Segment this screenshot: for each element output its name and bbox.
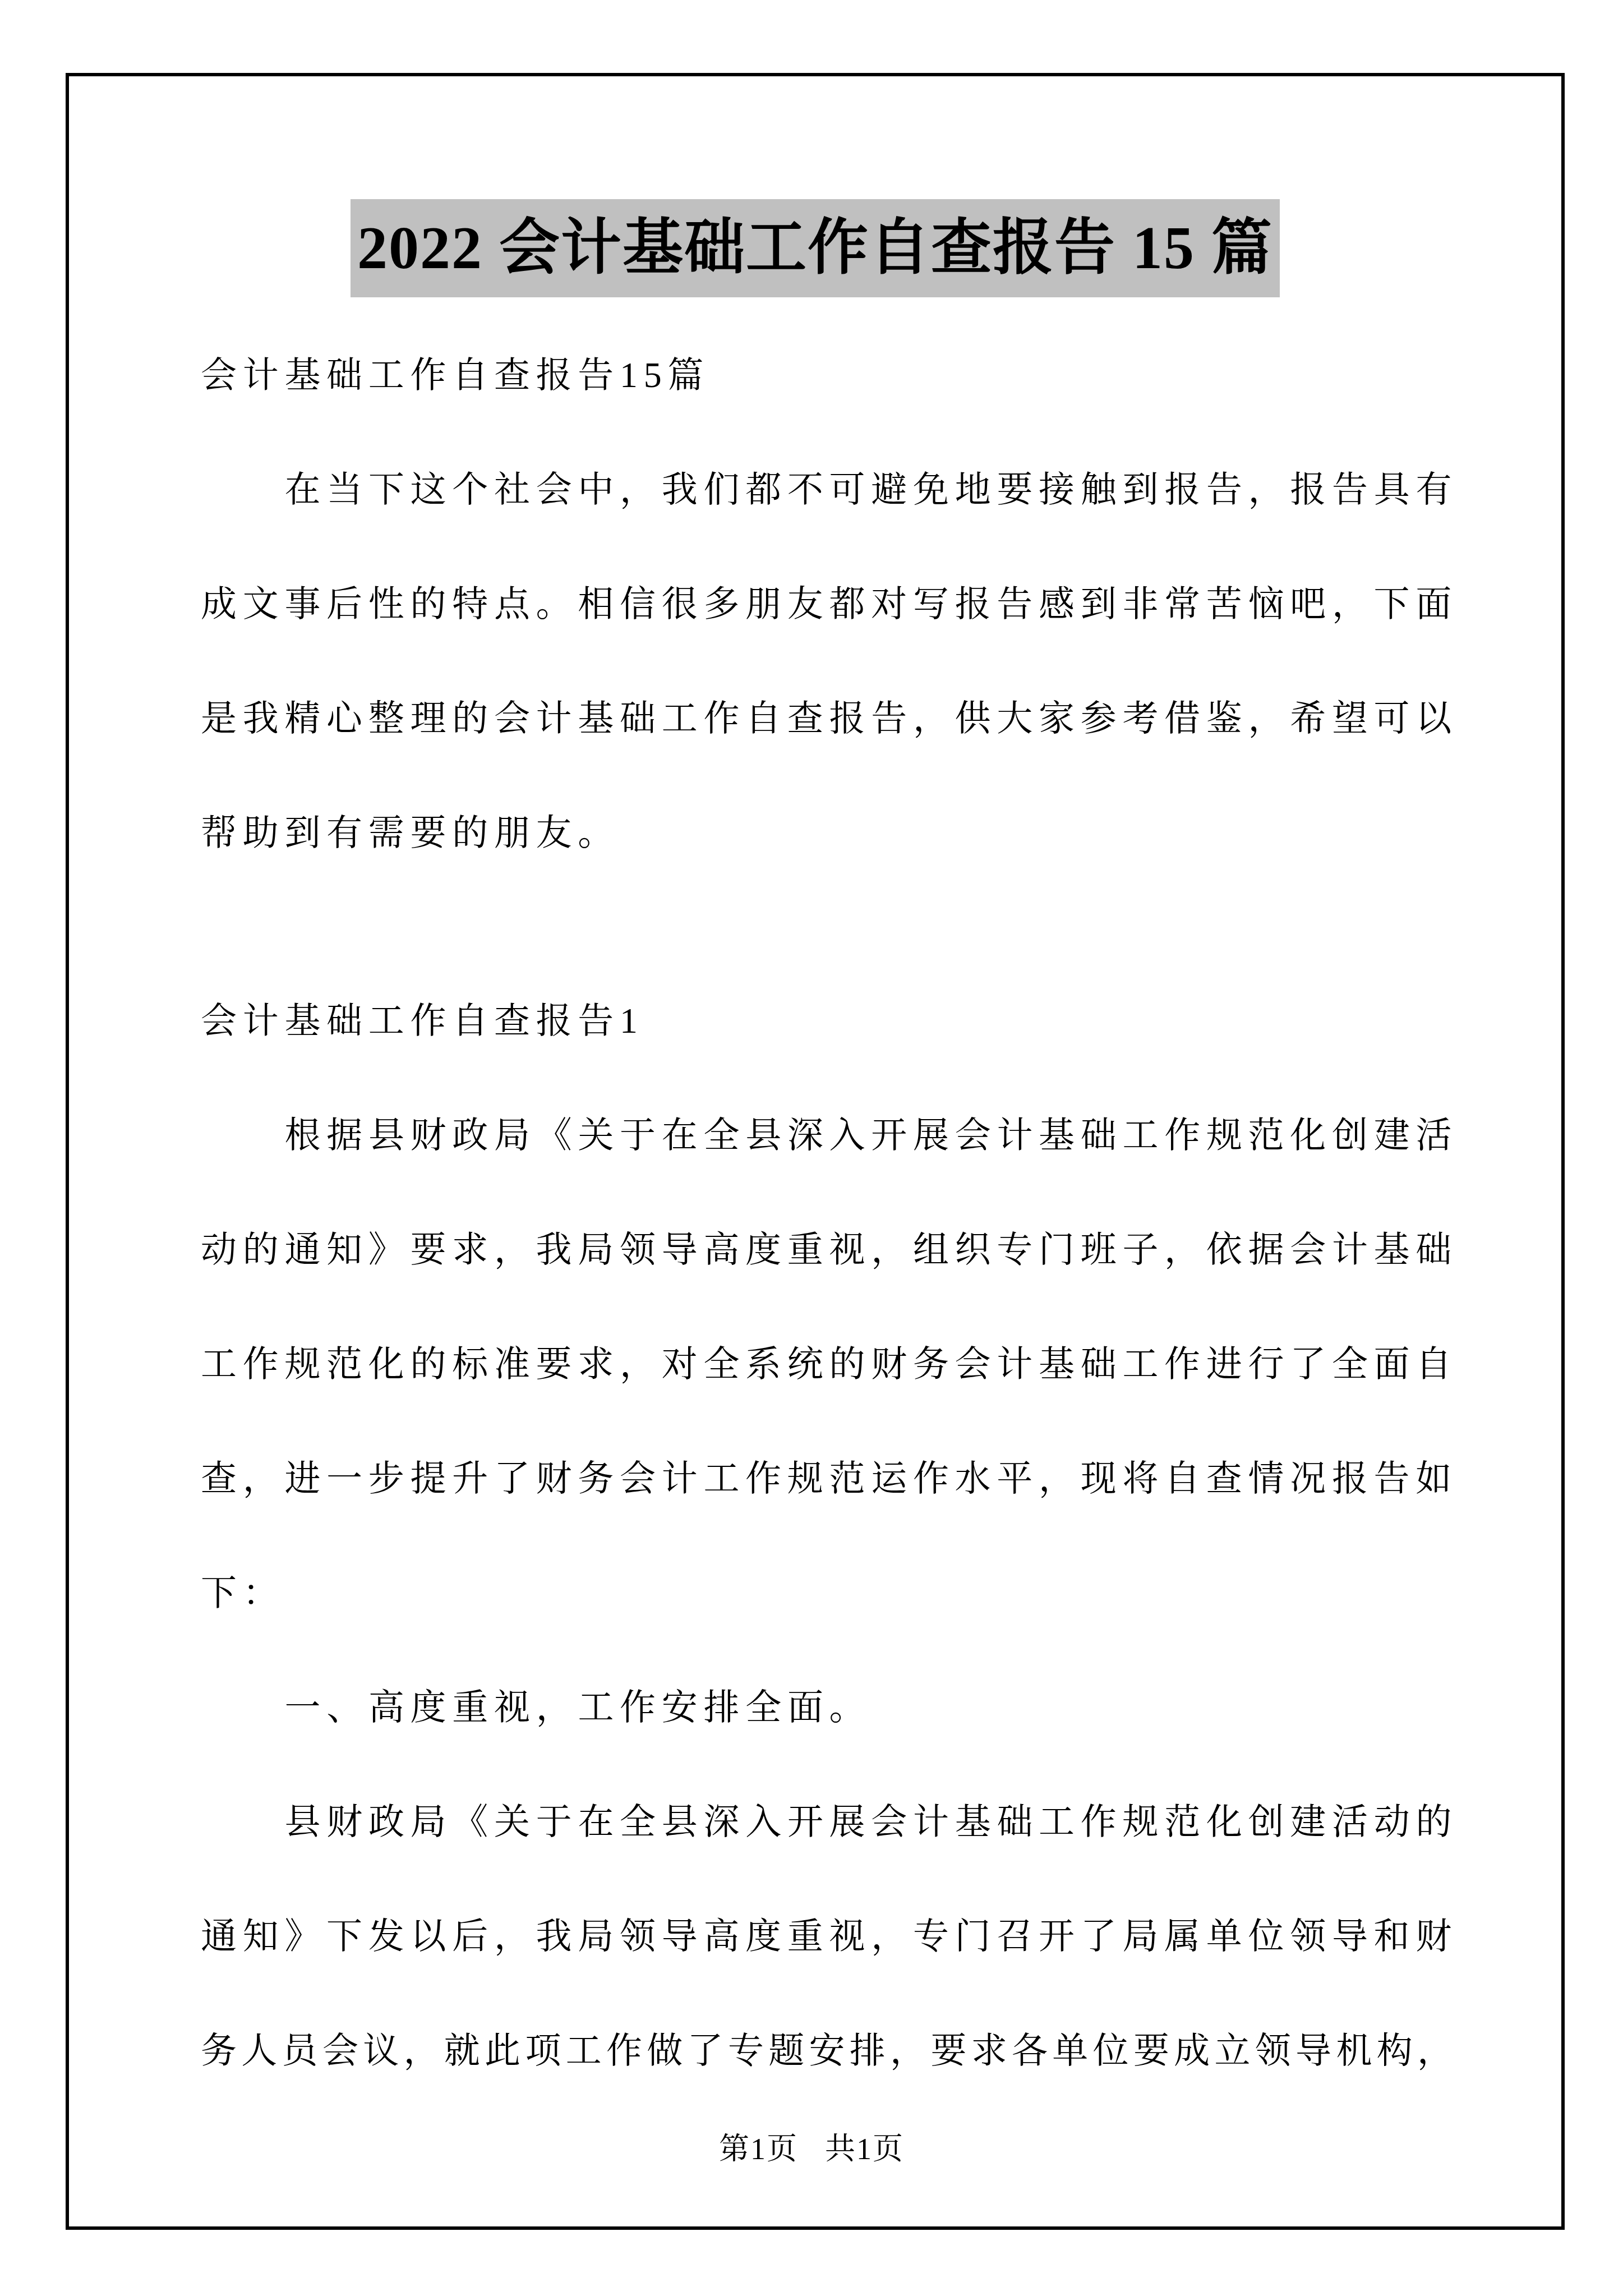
document-title: 2022 会计基础工作自查报告 15 篇 — [351, 199, 1280, 297]
text-line: 一、高度重视，工作安排全面。 — [201, 1650, 1458, 1765]
page-footer: 第1页共1页 — [0, 2125, 1623, 2168]
text-line: 务人员会议，就此项工作做了专题安排，要求各单位要成立领导机构， — [201, 1994, 1458, 2108]
text-line: 会计基础工作自查报告15篇 — [201, 318, 1458, 432]
text-line: 工作规范化的标准要求，对全系统的财务会计基础工作进行了全面自 — [201, 1307, 1458, 1421]
document-page: 2022 会计基础工作自查报告 15 篇 会计基础工作自查报告15篇在当下这个社… — [0, 0, 1623, 2296]
text-line: 会计基础工作自查报告1 — [201, 964, 1458, 1078]
text-line: 查，进一步提升了财务会计工作规范运作水平，现将自查情况报告如 — [201, 1421, 1458, 1536]
text-line: 帮助到有需要的朋友。 — [201, 776, 1458, 890]
text-line: 县财政局《关于在全县深入开展会计基础工作规范化创建活动的 — [201, 1765, 1458, 1879]
text-line: 在当下这个社会中，我们都不可避免地要接触到报告，报告具有 — [201, 432, 1458, 547]
text-line: 通知》下发以后，我局领导高度重视，专门召开了局属单位领导和财 — [201, 1879, 1458, 1994]
text-line: 根据县财政局《关于在全县深入开展会计基础工作规范化创建活 — [201, 1078, 1458, 1193]
footer-total-pages: 共1页 — [825, 2132, 904, 2166]
text-line: 下： — [201, 1536, 1458, 1650]
text-line: 动的通知》要求，我局领导高度重视，组织专门班子，依据会计基础 — [201, 1193, 1458, 1307]
footer-current-page: 第1页 — [719, 2132, 798, 2166]
page-border-frame: 2022 会计基础工作自查报告 15 篇 会计基础工作自查报告15篇在当下这个社… — [66, 73, 1565, 2230]
document-body: 会计基础工作自查报告15篇在当下这个社会中，我们都不可避免地要接触到报告，报告具… — [201, 318, 1458, 2108]
text-line: 是我精心整理的会计基础工作自查报告，供大家参考借鉴，希望可以 — [201, 661, 1458, 776]
text-line: 成文事后性的特点。相信很多朋友都对写报告感到非常苦恼吧，下面 — [201, 547, 1458, 661]
title-row: 2022 会计基础工作自查报告 15 篇 — [69, 199, 1561, 297]
